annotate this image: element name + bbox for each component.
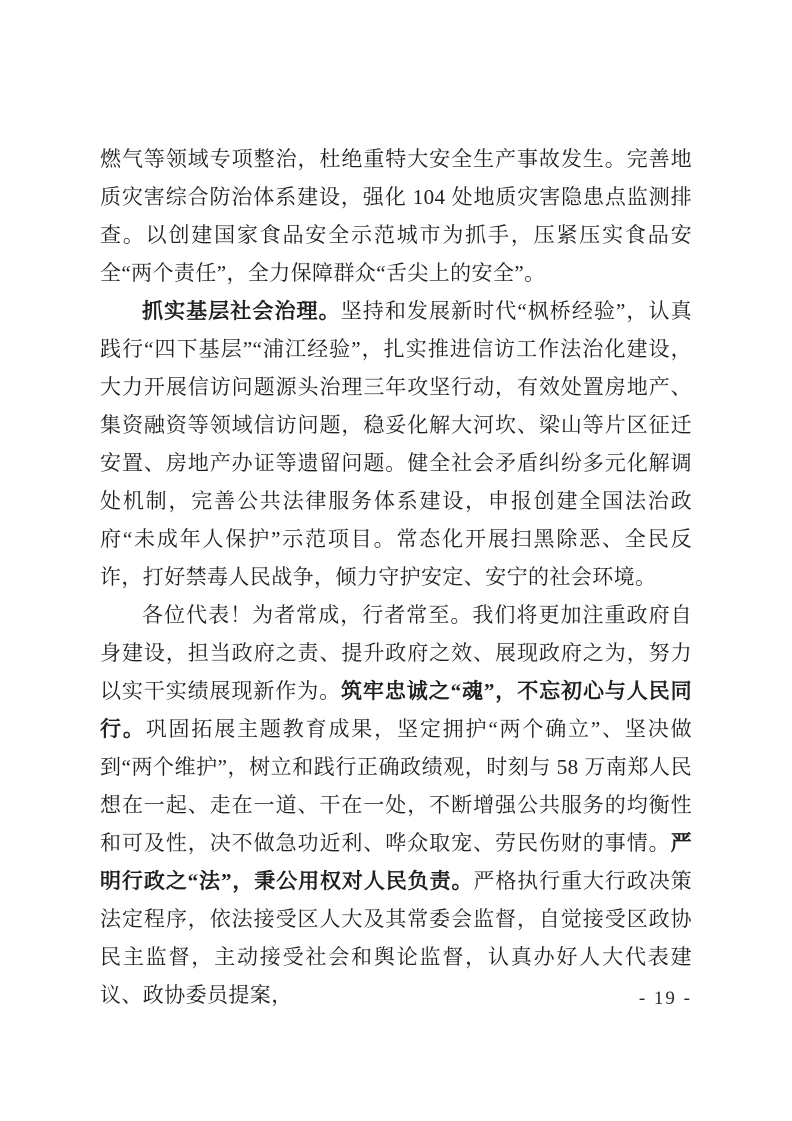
text-run: 坚持和发展新时代“枫桥经验”，认真践行“四下基层”“浦江经验”，扎实推进信访工作… [100,299,692,589]
page-number: - 19 - [639,988,692,1010]
document-body: 燃气等领域专项整治，杜绝重特大安全生产事故发生。完善地质灾害综合防治体系建设，强… [100,140,692,1014]
paragraph: 抓实基层社会治理。坚持和发展新时代“枫桥经验”，认真践行“四下基层”“浦江经验”… [100,292,692,596]
paragraph: 燃气等领域专项整治，杜绝重特大安全生产事故发生。完善地质灾害综合防治体系建设，强… [100,140,692,292]
text-run: 巩固拓展主题教育成果，坚定拥护“两个确立”、坚决做到“两个维护”，树立和践行正确… [100,717,692,855]
document-page: 燃气等领域专项整治，杜绝重特大安全生产事故发生。完善地质灾害综合防治体系建设，强… [0,0,792,1121]
paragraph: 各位代表！为者常成，行者常至。我们将更加注重政府自身建设，担当政府之责、提升政府… [100,596,692,1014]
text-run-bold-lead: 抓实基层社会治理。 [142,299,341,323]
text-run: 燃气等领域专项整治，杜绝重特大安全生产事故发生。完善地质灾害综合防治体系建设，强… [100,147,692,285]
